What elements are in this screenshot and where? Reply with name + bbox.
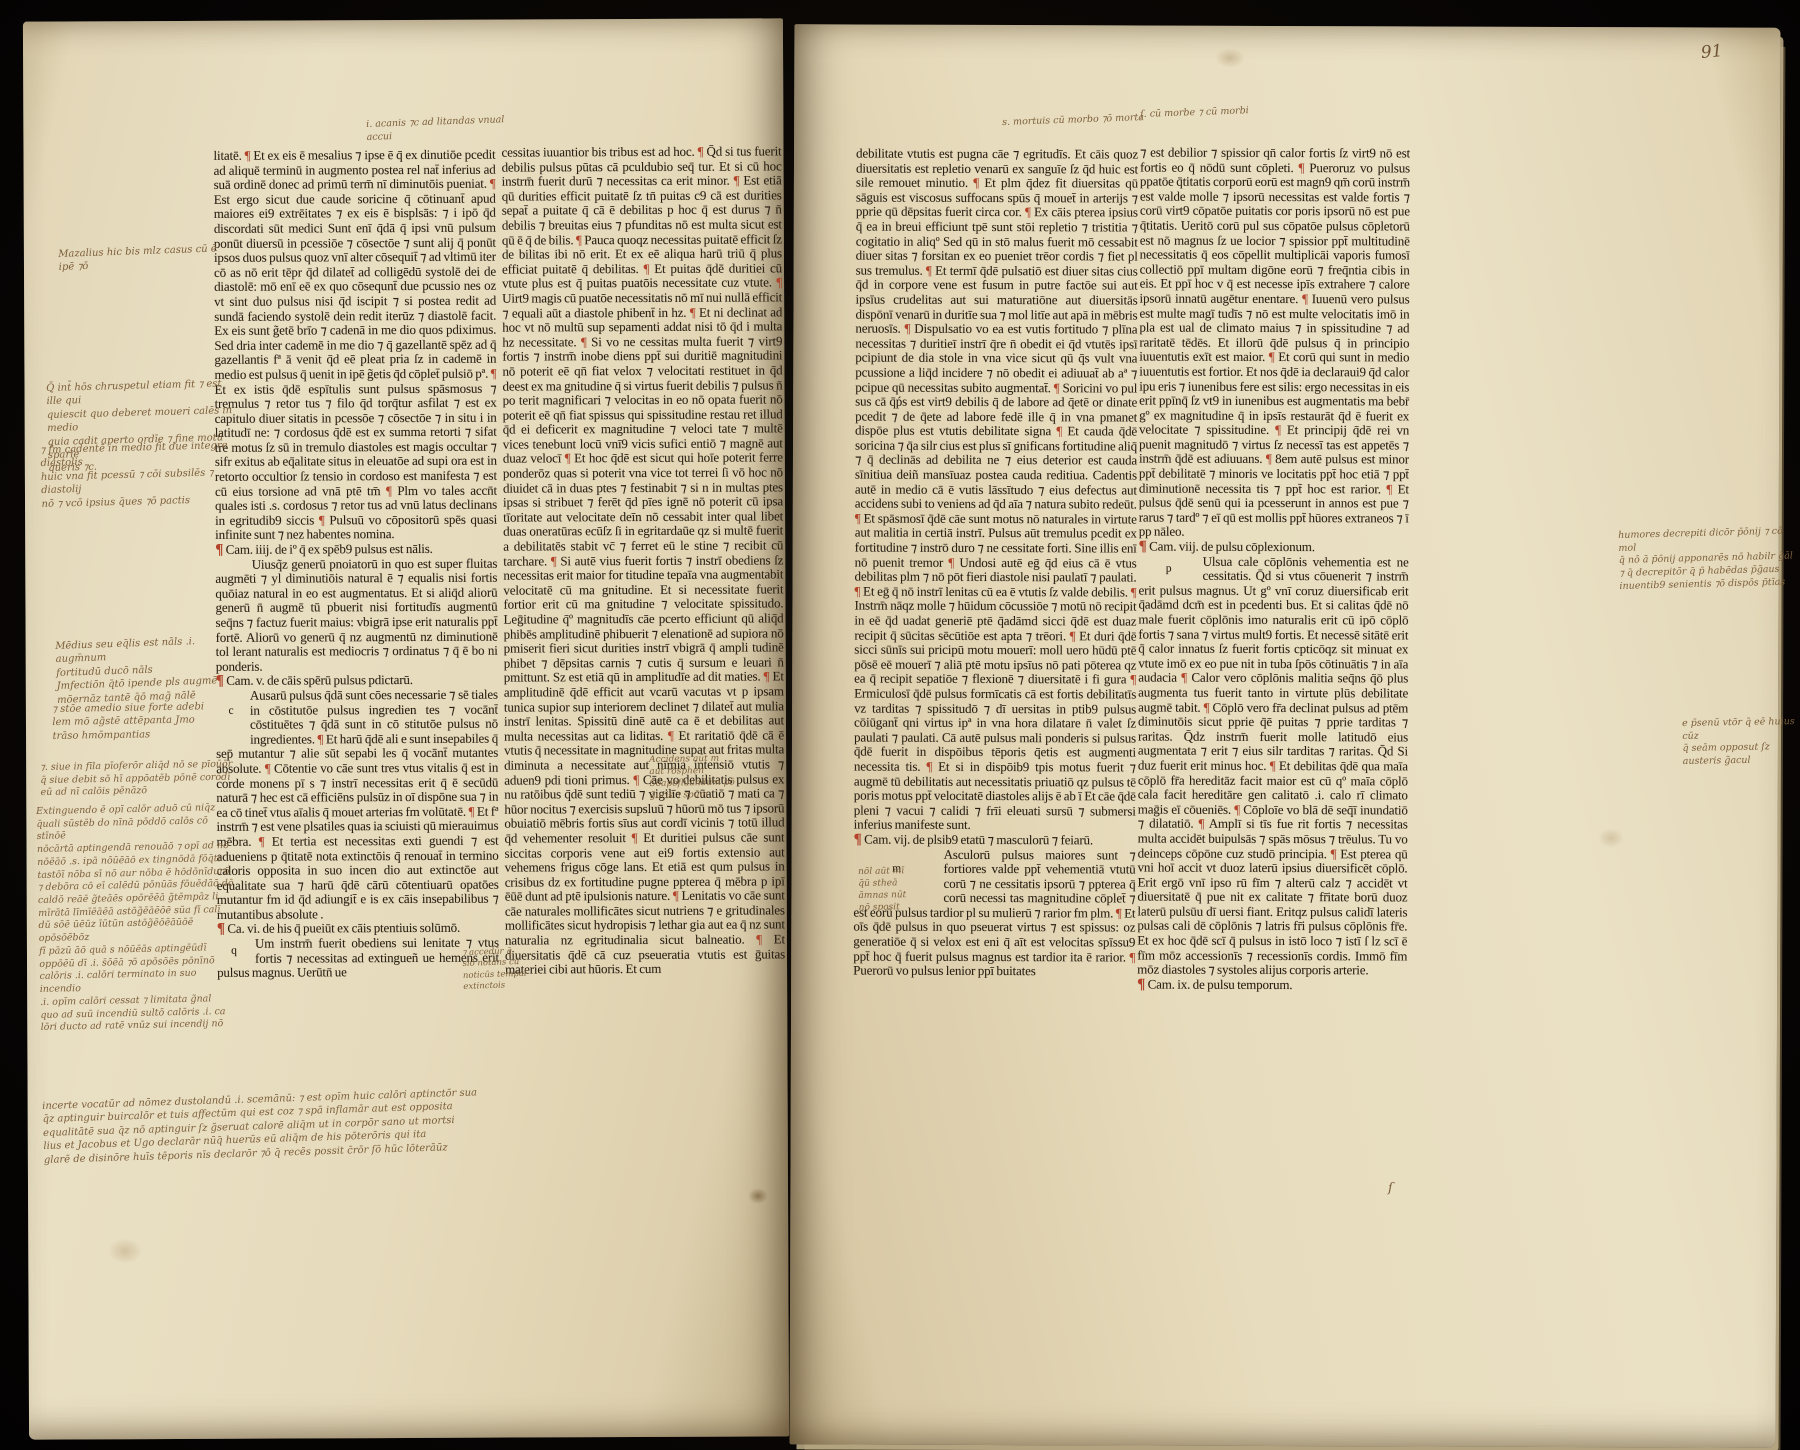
paragraph: debilitate vtutis est pugna cāe ⁊ egritu… [854, 146, 1138, 833]
pilcrow-rubric: ¶ [734, 173, 740, 188]
pilcrow-rubric: ¶ [698, 144, 704, 158]
pilcrow-rubric: ¶ [1139, 539, 1147, 555]
pilcrow-rubric: ¶ [1275, 422, 1281, 437]
pilcrow-rubric: ¶ [1070, 628, 1076, 643]
paragraph: mAsculorū pulsus maiores sunt ⁊ fortiore… [853, 847, 1135, 979]
text-column-left-1: litatē. ¶ Et ex eis ē mesalius ⁊ ipse ē … [213, 148, 499, 1134]
pilcrow-rubric: ¶ [764, 669, 770, 684]
pilcrow-rubric: ¶ [1266, 451, 1272, 466]
pilcrow-rubric: ¶ [1116, 905, 1122, 920]
pilcrow-rubric: ¶ [490, 176, 496, 191]
pilcrow-rubric: ¶ [926, 759, 932, 774]
left-page: litatē. ¶ Et ex eis ē mesalius ⁊ ipse ē … [23, 18, 789, 1439]
pilcrow-rubric: ¶ [926, 262, 932, 277]
paragraph: pUlsua cale cōplōnis vehementia est ne c… [1137, 554, 1408, 978]
pilcrow-rubric: ¶ [1056, 423, 1062, 438]
guide-letter: c [216, 689, 246, 733]
pilcrow-rubric: ¶ [245, 148, 251, 163]
pilcrow-rubric: ¶ [948, 554, 954, 569]
pilcrow-rubric: ¶ [855, 510, 861, 525]
paragraph: ⁊ est debilior ⁊ spissior qn̄ calor fort… [1139, 145, 1410, 540]
pilcrow-rubric: ¶ [319, 512, 325, 527]
pilcrow-rubric: ¶ [259, 834, 265, 849]
pilcrow-rubric: ¶ [632, 830, 638, 845]
pilcrow-rubric: ¶ [215, 542, 223, 558]
pilcrow-rubric: ¶ [973, 175, 979, 190]
paragraph: cAusarū pulsus q̄dā sunt cōes necessarie… [216, 688, 499, 923]
pilcrow-rubric: ¶ [668, 728, 674, 743]
pilcrow-rubric: ¶ [1131, 584, 1137, 599]
pilcrow-rubric: ¶ [633, 772, 639, 787]
pilcrow-rubric: ¶ [1299, 160, 1305, 175]
pilcrow-rubric: ¶ [491, 366, 497, 381]
right-page: debilitate vtutis est pugna cāe ⁊ egritu… [790, 24, 1781, 1447]
pilcrow-rubric: ¶ [1199, 816, 1205, 831]
pilcrow-rubric: ¶ [386, 483, 392, 498]
pilcrow-rubric: ¶ [1270, 758, 1276, 773]
pilcrow-rubric: ¶ [1302, 291, 1308, 306]
pilcrow-rubric: ¶ [854, 583, 860, 598]
pilcrow-rubric: ¶ [576, 232, 582, 247]
guide-letter: p [1139, 554, 1199, 583]
pilcrow-rubric: ¶ [1130, 672, 1136, 687]
pilcrow-rubric: ¶ [756, 932, 762, 947]
text-column-right-1: debilitate vtutis est pugna cāe ⁊ egritu… [853, 146, 1138, 1132]
pilcrow-rubric: ¶ [265, 761, 271, 776]
pilcrow-rubric: ¶ [1181, 670, 1187, 685]
pilcrow-rubric: ¶ [776, 275, 782, 290]
chapter-heading: ¶ Cam. viij. de pulsu cōplexionum. [1139, 540, 1409, 556]
photo-background: litatē. ¶ Et ex eis ē mesalius ⁊ ipse ē … [0, 0, 1800, 1450]
guide-letter: m [853, 847, 939, 891]
pilcrow-rubric: ¶ [690, 304, 696, 319]
pilcrow-rubric: ¶ [1269, 349, 1275, 364]
pilcrow-rubric: ¶ [565, 451, 571, 466]
pilcrow-rubric: ¶ [317, 731, 323, 746]
pilcrow-rubric: ¶ [1025, 204, 1031, 219]
pilcrow-rubric: ¶ [1204, 699, 1210, 714]
chapter-heading: ¶ Cam. vij. de plsib9 etatū ⁊ masculorū … [854, 832, 1136, 848]
pilcrow-rubric: ¶ [1331, 846, 1337, 861]
pilcrow-rubric: ¶ [673, 888, 679, 903]
pilcrow-rubric: ¶ [905, 321, 911, 336]
text-column-right-2: ⁊ est debilior ⁊ spissior qn̄ calor fort… [1137, 145, 1410, 1131]
chapter-heading: ¶ Cam. ix. de pulsu temporum. [1137, 977, 1407, 993]
pilcrow-rubric: ¶ [217, 921, 225, 937]
pilcrow-rubric: ¶ [1234, 802, 1240, 817]
pilcrow-rubric: ¶ [1137, 976, 1145, 992]
pilcrow-rubric: ¶ [644, 261, 650, 276]
paragraph: Uiusq̃z generū pnoiatorū in quo est supe… [215, 556, 498, 674]
pilcrow-rubric: ¶ [469, 803, 475, 818]
pilcrow-rubric: ¶ [1386, 481, 1392, 496]
paragraph: litatē. ¶ Et ex eis ē mesalius ⁊ ipse ē … [213, 148, 497, 543]
paragraph: qUm instrm̄ fuerit obediens sui lenitate… [217, 936, 499, 981]
pilcrow-rubric: ¶ [854, 831, 862, 847]
pilcrow-rubric: ¶ [551, 553, 557, 568]
text-column-left-2: cessitas iuuantior bis tribus est ad hoc… [501, 144, 785, 1120]
guide-letter: q [217, 937, 251, 966]
pilcrow-rubric: ¶ [581, 334, 587, 349]
paragraph: cessitas iuuantior bis tribus est ad hoc… [501, 144, 785, 977]
pilcrow-rubric: ¶ [216, 673, 224, 689]
pilcrow-rubric: ¶ [1054, 380, 1060, 395]
pilcrow-rubric: ¶ [1129, 949, 1135, 964]
